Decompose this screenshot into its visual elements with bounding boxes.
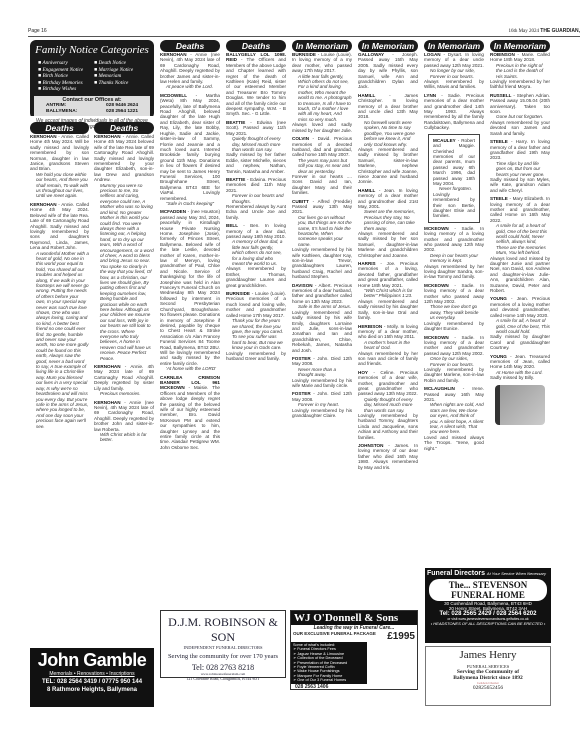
notice-footer: Sadly missed by her father Eddie, sister… <box>226 152 286 173</box>
notice-entry: GALLOWAY - Joseph. Passed away 15th May … <box>358 52 418 90</box>
notice-footer: Lovingly remembered by his wife Marie an… <box>292 378 352 388</box>
notice-verse: Once by our sides, Forever in our hearts… <box>424 356 484 367</box>
category-list: Anniversary Death Notice Engagement Noti… <box>34 60 150 93</box>
notices: LOGAN - Dysart. In loving memory of a de… <box>424 52 484 451</box>
section-header-deaths: Deaths <box>160 40 220 52</box>
package-price: £1995 <box>387 631 415 642</box>
notice-verse: Those we love don't go away, They walk b… <box>424 304 484 320</box>
section-header-deaths: Deaths <box>30 122 89 134</box>
col2: Deaths KERNOHAN - Annie. Called Home 4th… <box>94 122 154 446</box>
notice-footer: Lovingly remembered by daughter Eunice. <box>424 321 484 331</box>
notice-footer: Lovingly remembered by her faithful frie… <box>490 79 550 89</box>
advert-name: WJ O'Donnell & Sons <box>291 611 417 625</box>
notice-name: HAMILL <box>358 93 375 98</box>
notice-entry: BEATTIE - Edwina (nee Scott). Passed awa… <box>226 120 286 174</box>
page-header: Page 16 16th May 2024 THE GUARDIAN, <box>28 28 580 37</box>
notice-name: BURNSIDE <box>226 291 250 296</box>
notice-footer: Always loved and sadly missed by her dau… <box>292 122 352 132</box>
notice-name: BALLYGELLY LOL 1098. REID <box>226 52 286 62</box>
notice-name: LOGAN <box>424 52 441 57</box>
notice-name: HAMILL <box>358 188 375 193</box>
included-item: ➢ One of Our 3 Funeral Homes <box>293 678 365 682</box>
notice-verse: Sweet are the memories, Precious they st… <box>358 209 418 231</box>
notice-verse: A little tear falls gently, Which others… <box>292 74 352 123</box>
notice-name: BELL <box>226 223 238 228</box>
notice-entry: COLVIN - David. Precious memories of a d… <box>292 136 352 195</box>
advert-address: 121 Coleraine Road, Cloughmills, BT44 9D… <box>161 676 285 681</box>
notice-entry: JOHNSTON - James. In loving memory of ou… <box>358 443 418 470</box>
notice-entry: KERNOHAN - Annie. 4th May 2024 late of 6… <box>94 364 154 396</box>
notice-verse: Thank you for the years we shared, the l… <box>226 318 286 350</box>
james-henry-advert: James Henry FUNERAL SERVICES Serving the… <box>425 646 551 706</box>
notice-verse: Never more than a thought away. <box>292 367 352 378</box>
notice-entry: HOY - Celine. Precious memories of a dea… <box>358 370 418 440</box>
notice-entry: HAMILL - Jean. In loving memory of a dea… <box>358 188 418 258</box>
notices: GALLOWAY - Joseph. Passed away 15th May … <box>358 52 418 470</box>
notice-entry: FOSTER - John. Died 12th May 2008.Never … <box>292 356 352 388</box>
headstones: • HEADSTONES OF ALL DESCRIPTIONS CAN BE … <box>425 621 551 626</box>
notices: ROBINSON - Marie. Called Home 18th May 2… <box>490 52 550 381</box>
advert-tag: Serving the community for over 170 years <box>161 653 285 660</box>
john-gamble-advert: John Gamble Memorials • Renovations • In… <box>30 648 154 707</box>
notice-verse: We hold you close within our hearts, And… <box>30 172 89 199</box>
notices: BALLYGELLY LOL 1098. REID - The Officers… <box>226 52 286 361</box>
advert-phone: 028 2563 1406 <box>291 684 417 690</box>
notice-entry: MCFADDEN - (nee Houston) passed away May… <box>160 209 220 371</box>
notice-footer: Lovingly remembered by his wife Kathleen… <box>292 247 352 279</box>
section-header-memoriam: In Memoriam <box>292 40 352 52</box>
notice-name: MCLAUGHLIN <box>424 386 455 391</box>
family-notice-categories: Family Notice Categories Anniversary Dea… <box>30 40 154 119</box>
notice-entry: BEATTIE - Edwina. Precious memories died… <box>226 177 286 220</box>
notice-name: ROBINSON <box>490 52 515 57</box>
section-header-deaths: Deaths <box>226 40 286 52</box>
notice-name: BEATTIE <box>226 177 245 182</box>
notice-entry: LYNN - Sadie. Precious memories of a dea… <box>424 93 484 131</box>
notices: BURNSIDE - Louise (Louie). In loving mem… <box>292 52 352 418</box>
masthead: 16th May 2024 THE GUARDIAN, <box>508 28 580 34</box>
notice-name: MCDOWELL <box>160 93 187 98</box>
category-item: Birthday Wishes <box>38 86 94 93</box>
office-phone: 028 2564 1221 <box>106 109 138 115</box>
notice-entry: HERBISON - Molly. In loving memory of a … <box>358 324 418 367</box>
notice-name: FOSTER <box>292 391 311 396</box>
notice-entry: MCKEOWN - Sadie. In loving memory of a d… <box>424 283 484 332</box>
notice-name: HERBISON <box>358 324 382 329</box>
notice-name: CARNLEA CRIMSON BANNER LOL 961 MCKEOWN <box>160 375 220 391</box>
notice-footer: Sadly missed by son Myles, wife Kate, gr… <box>490 177 550 193</box>
notice-footer: Loved and missed always The Troops. "Ire… <box>424 435 484 451</box>
col8: In Memoriam ROBINSON - Marie. Called Hom… <box>490 40 550 429</box>
notice-name: LYNN <box>424 93 436 98</box>
notice-name: COLVIN <box>292 136 309 141</box>
notice-entry: YOUNG - Jean. Precious memories of a lov… <box>490 296 550 350</box>
advert-phone: Tel: 028 2763 8218 <box>161 663 285 672</box>
notice-verse: A mother's heart in the heart of God. <box>358 340 418 351</box>
notice-entry: BURNSIDE - Louise (Louie). In loving mem… <box>292 52 352 133</box>
notice-verse: Forever in our hearts and thoughts. <box>226 193 286 204</box>
notice-name: MCKEOWN <box>424 335 449 340</box>
notice-verse: At peace with the Lord. <box>160 84 220 89</box>
notices: KERNOHAN - Annie. Called Home 4th May 20… <box>94 134 154 443</box>
section-header-deaths: Deaths <box>94 122 154 134</box>
notice-verse: The years may pass but still you stay, A… <box>292 158 352 174</box>
name: FUNERAL HOME <box>430 590 546 600</box>
notice-footer: Lovingly remembered by husband Tommy, da… <box>358 413 418 440</box>
contact-box: Contact our Offices at: ANTRIM:028 9446 … <box>34 96 150 117</box>
notice-entry: MCLAUGHLIN - Irene. Passed away 16th May… <box>424 386 484 451</box>
robinson-advert: D.J.M. ROBINSON & SON INDEPENDENT FUNERA… <box>160 610 286 678</box>
notice-name: STEELE <box>490 139 508 144</box>
notice-verse: Precious in the sight of the Lord is the… <box>490 63 550 79</box>
advert-sub: INDEPENDENT FUNERAL DIRECTORS <box>161 645 285 650</box>
banner-sub: At Your Service When Necessary <box>487 571 546 576</box>
notice-name: MCFADDEN <box>160 209 186 214</box>
office-name: BALLYMENA: <box>46 109 77 115</box>
notice-entry: DAVISON - Albert. Precious memories of a… <box>292 283 352 353</box>
advert-name: D.J.M. ROBINSON & SON <box>161 615 285 645</box>
notice-entry: HARRIS - Joe. Precious memories of a lov… <box>358 261 418 320</box>
notice-verse: "Safe in God's keeping" <box>160 201 220 206</box>
notice-entry: YOUNG - Jean. Treasured memories of Jean… <box>490 354 550 381</box>
notice-footer: Lovingly remembered and sadly missed by … <box>292 310 352 353</box>
notice-entry: KERNOHAN - Annie (nee Nevin), 4th May 20… <box>160 52 220 90</box>
notice-entry: BELL - Ben. In loving memory of a dear d… <box>226 223 286 288</box>
stevenson-advert: Funeral Directors At Your Service When N… <box>425 568 551 643</box>
section-header-memoriam: In Memoriam <box>424 40 484 52</box>
notice-name: KERNOHAN <box>94 364 121 369</box>
notice-name: KERNOHAN <box>30 202 57 207</box>
notice-footer: Always remembered and sadly missed by hi… <box>358 299 418 320</box>
notice-verse: A memory of dear dad, a little tear fall… <box>226 239 286 266</box>
notice-footer: Always remembered and sadly missed by he… <box>358 231 418 258</box>
notice-verse: 'At home with the LORD' <box>160 366 220 371</box>
advert-address: 8 Rathmore Heights, Ballymena <box>32 687 152 693</box>
notice-verse: Time slips by and life goes on, But from… <box>490 161 550 177</box>
notice-verse: A smile for all, a heart of gold, One of… <box>490 223 550 255</box>
notice-name: CUBITT <box>292 199 309 204</box>
col6: In Memoriam GALLOWAY - Joseph. Passed aw… <box>358 40 418 473</box>
advert-name: John Gamble <box>32 650 152 671</box>
notice-verse: Our lives go on without you, But things … <box>292 215 352 247</box>
notice-name: BURNSIDE <box>292 52 316 57</box>
notice-entry: FOSTER - John. Died 12th May 2008.Foreve… <box>292 391 352 418</box>
notice-verse: Quietly thought of every day, Missed muc… <box>358 397 418 413</box>
notice-name: KERNOHAN <box>94 134 121 139</box>
notice-entry: STEELE - Mary Elizabeth. In loving memor… <box>490 196 550 293</box>
notice-footer: Always remembered and sadly missed by br… <box>358 147 418 184</box>
notice-name: KERNOHAN <box>160 52 187 57</box>
notice-name: BEATTIE <box>226 120 245 125</box>
notice-entry: MCKEOWN - Sadie. In loving memory of a d… <box>424 335 484 384</box>
notice-verse: A wonderful Mother with a heart of gold,… <box>30 251 89 429</box>
notice-entry: ROBINSON - Marie. Called Home 18th May 2… <box>490 52 550 90</box>
notice-entry: LOGAN - Dysart. In loving memory of a de… <box>424 52 484 90</box>
notice-footer: Always remembered by her son Ivan and ci… <box>358 351 418 367</box>
office-ballymena: BALLYMENA:028 2564 1221 <box>38 109 146 115</box>
notice-entry: HAMILL - James Christopher. In loving me… <box>358 93 418 185</box>
notice-name: DAVISON <box>292 283 313 288</box>
notice-verse: With Christ which is far better. <box>94 432 154 443</box>
notice-name: RUSSELL <box>490 93 511 98</box>
notice-entry: MCDOWELL - Martha (Weta) 8th May 2024, p… <box>160 93 220 207</box>
notice-footer: Remembered always by Aunt Edna and Uncle… <box>226 204 286 220</box>
notice-name: HOY <box>358 370 368 375</box>
notice-verse: Quietly thought of every day, Missed muc… <box>226 136 286 152</box>
wj-odonnell-advert: WJ O'Donnell & Sons Leading the way in F… <box>290 610 418 690</box>
notice-entry: MCAULEY - Robert and Maggie. Cherished m… <box>428 134 480 223</box>
advert-services: Memorials • Renovations • Inscriptions <box>32 671 152 677</box>
notice-verse: When nights are cold, And stars are few,… <box>424 402 484 434</box>
notice-entry: MCKEOWN - Sadie. In loving memory of a l… <box>424 226 484 280</box>
notice-entry: CARNLEA CRIMSON BANNER LOL 961 MCKEOWN -… <box>160 375 220 451</box>
advert-phone: TEL: 028 2564 3419 / 07775 950 144 <box>32 679 152 685</box>
banner: Funeral Directors <box>427 570 485 577</box>
notice-name: KERNOHAN <box>30 134 57 139</box>
categories-title: Family Notice Categories <box>34 44 150 56</box>
notice-entry: KERNOHAN - Annie. Called Home 4th May 20… <box>94 134 154 361</box>
notice-name: YOUNG <box>490 354 507 359</box>
notice-entry: STEELE - Harry. In loving memory of a de… <box>490 139 550 193</box>
notice-entry: CUBITT - Alfred (Freddie) Passed away 13… <box>292 199 352 280</box>
notices: KERNOHAN - Annie (nee Nevin), 4th May 20… <box>160 52 220 450</box>
notice-entry: KERNOHAN - Annie. Called Home 4th May 20… <box>30 134 89 199</box>
notice-footer: Always loved and missed by daughter Juni… <box>490 256 550 293</box>
notice-name: KERNOHAN <box>94 400 121 405</box>
notice-name: STEELE <box>490 196 508 201</box>
package-label: OUR EXCLUSIVE FUNERAL PACKAGE <box>293 631 376 642</box>
notice-name: MCKEOWN <box>424 283 449 288</box>
col3: Deaths KERNOHAN - Annie (nee Nevin), 4th… <box>160 40 220 453</box>
col1: Deaths KERNOHAN - Annie. Called Home 4th… <box>30 122 89 432</box>
page-number: Page 16 <box>28 28 47 34</box>
notice-entry: KERNOHAN - Annie. Called Home 4th May 20… <box>30 202 89 429</box>
notice-footer: Always remembered by her loving daughter… <box>424 264 484 280</box>
notice-verse: No farewell words were spoken, No time t… <box>358 120 418 147</box>
notice-footer: Sadly missed by daughter Carol and grand… <box>490 334 550 350</box>
notice-name: MCAULEY <box>433 138 456 143</box>
notice-verse: No longer by our side, Forever in our he… <box>424 68 484 79</box>
col5: In Memoriam BURNSIDE - Louise (Louie). I… <box>292 40 352 421</box>
notice-entry: BALLYGELLY LOL 1098. REID - The Officers… <box>226 52 286 117</box>
notice-footer: Lovingly remembered by daughter Marlene,… <box>424 367 484 383</box>
notice-name: FOSTER <box>292 356 311 361</box>
notice-entry: KERNOHAN - Annie (nee Nevin), 4th May 20… <box>94 400 154 443</box>
notices: KERNOHAN - Annie. Called Home 4th May 20… <box>30 134 89 429</box>
section-header-memoriam: In Memoriam <box>490 40 550 52</box>
notice-verse: Precious memories. <box>94 391 154 396</box>
category-item: Thanks Notice <box>94 80 150 87</box>
notice-footer: Lovingly remembered by his granddaughter… <box>292 408 352 418</box>
notice-verse: A smile for all, A heart of gold, One of… <box>490 318 550 334</box>
notice-footer: Sadly missed by Billy. <box>490 375 534 380</box>
notice-name: YOUNG <box>490 296 507 301</box>
notice-footer: Forever in our hearts .... Sons David an… <box>292 174 352 195</box>
notice-name: HARRIS <box>358 261 376 266</box>
notice-name: JOHNSTON <box>358 443 383 448</box>
bible-icon <box>495 385 545 425</box>
col4: Deaths BALLYGELLY LOL 1098. REID - The O… <box>226 40 286 364</box>
notice-entry: RUSSELL - Stephen Adrian. Passed away 15… <box>490 93 550 136</box>
notice-footer: Lovingly remembered by husband Greer and… <box>226 351 286 361</box>
notice-entry: BURNSIDE - Louise (Louie). Precious memo… <box>226 291 286 361</box>
notice-verse: Mummy you were so precious to me, So sel… <box>94 183 154 361</box>
included-list: Some of what's included:➢ Funeral Direct… <box>291 642 367 684</box>
notice-footer: Always remembered by Esther, Thomas, gra… <box>226 266 286 287</box>
advert-name: James Henry <box>426 649 550 661</box>
notice-footer: Always remembered by your devoted son Ja… <box>490 120 550 136</box>
notice-verse: "With Christ which is far better" Philip… <box>358 288 418 299</box>
notice-footer: Always remembered by Willis, Mavis and f… <box>424 79 484 89</box>
notice-name: MCKEOWN <box>424 226 449 231</box>
advert-phone: 02825652456 <box>426 685 550 691</box>
notice-footer: Lovingly remembered by their son Bertie,… <box>433 192 475 219</box>
notice-verse: Deep in our hearts your memory is kept. <box>424 253 484 264</box>
section-header-memoriam: In Memoriam <box>358 40 418 52</box>
name: The... STEVENSON <box>430 580 546 590</box>
notice-name: GALLOWAY <box>358 52 384 57</box>
col7: In Memoriam LOGAN - Dysart. In loving me… <box>424 40 484 454</box>
